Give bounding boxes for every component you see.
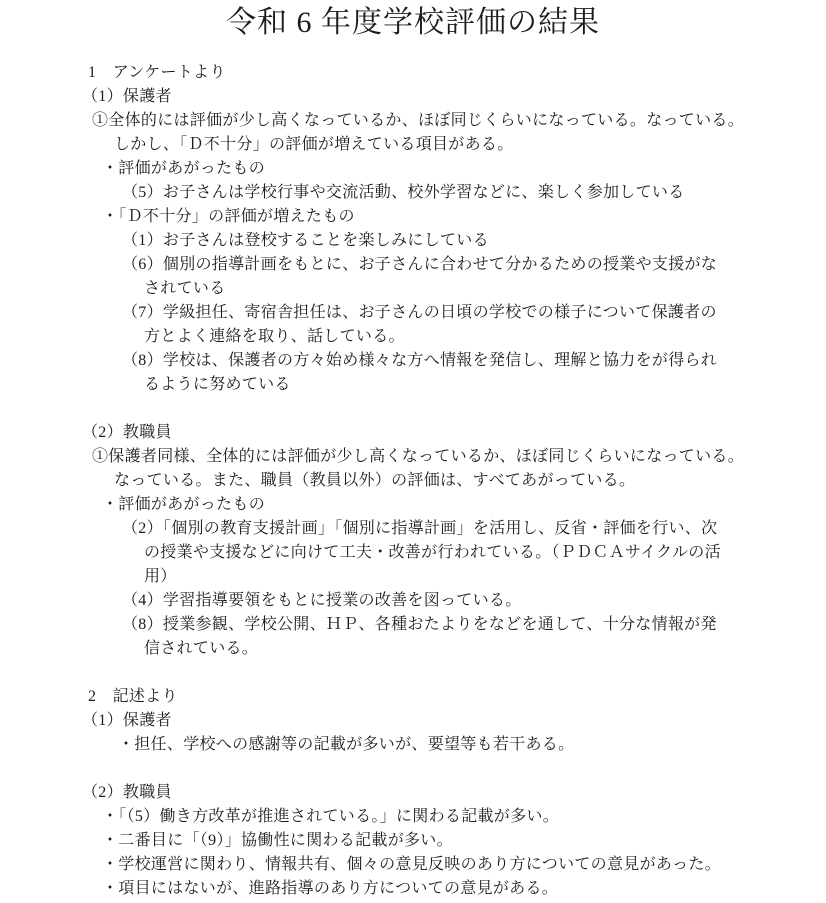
doc-line: ・「（5）働き方改革が推進されている。」に関わる記載が多い。 <box>0 805 826 829</box>
document-body: 1 アンケートより（1）保護者①全体的には評価が少し高くなっているか、ほぼ同じく… <box>0 61 826 901</box>
doc-line: （4）学習指導要領をもとに授業の改善を図っている。 <box>0 589 826 613</box>
doc-line: 方とよく連絡を取り、話している。 <box>0 325 826 349</box>
doc-line: 1 アンケートより <box>0 61 826 85</box>
doc-line: （8）学校は、保護者の方々始め様々な方へ情報を発信し、理解と協力をが得られ <box>0 349 826 373</box>
doc-line: （2）「個別の教育支援計画」「個別に指導計画」を活用し、反省・評価を行い、次 <box>0 517 826 541</box>
doc-line: （1）お子さんは登校することを楽しみにしている <box>0 229 826 253</box>
document-page: 令和 6 年度学校評価の結果 1 アンケートより（1）保護者①全体的には評価が少… <box>0 0 826 903</box>
doc-line: ・二番目に「（9）」協働性に関わる記載が多い。 <box>0 829 826 853</box>
doc-line: （6）個別の指導計画をもとに、お子さんに合わせて分かるための授業や支援がな <box>0 253 826 277</box>
doc-line: るように努めている <box>0 373 826 397</box>
doc-line: しかし、「Ｄ不十分」の評価が増えている項目がある。 <box>0 133 826 157</box>
doc-line: 2 記述より <box>0 685 826 709</box>
doc-line: （2）教職員 <box>0 421 826 445</box>
document-title: 令和 6 年度学校評価の結果 <box>0 3 826 43</box>
doc-line: （7）学級担任、寄宿舎担任は、お子さんの日頃の学校での様子について保護者の <box>0 301 826 325</box>
doc-line: ・「Ｄ不十分」の評価が増えたもの <box>0 205 826 229</box>
doc-line: ・項目にはないが、進路指導のあり方についての意見がある。 <box>0 877 826 901</box>
doc-line: （8）授業参観、学校公開、ＨＰ、各種おたよりをなどを通して、十分な情報が発 <box>0 613 826 637</box>
doc-line: されている <box>0 277 826 301</box>
doc-blank-line <box>0 397 826 421</box>
doc-line: （1）保護者 <box>0 709 826 733</box>
doc-blank-line <box>0 661 826 685</box>
doc-line: ・評価があがったもの <box>0 157 826 181</box>
doc-line: ①全体的には評価が少し高くなっているか、ほぼ同じくらいになっている。なっている。 <box>0 109 826 133</box>
doc-line: の授業や支援などに向けて工夫・改善が行われている。（ＰＤＣＡサイクルの活 <box>0 541 826 565</box>
doc-line: 信されている。 <box>0 637 826 661</box>
doc-line: （5）お子さんは学校行事や交流活動、校外学習などに、楽しく参加している <box>0 181 826 205</box>
doc-line: なっている。また、職員（教員以外）の評価は、すべてあがっている。 <box>0 469 826 493</box>
doc-line: （2）教職員 <box>0 781 826 805</box>
doc-line: ①保護者同様、全体的には評価が少し高くなっているか、ほぼ同じくらいになっている。 <box>0 445 826 469</box>
doc-line: ・評価があがったもの <box>0 493 826 517</box>
doc-line: （1）保護者 <box>0 85 826 109</box>
doc-blank-line <box>0 757 826 781</box>
doc-line: 用） <box>0 565 826 589</box>
doc-line: ・担任、学校への感謝等の記載が多いが、要望等も若干ある。 <box>0 733 826 757</box>
doc-line: ・学校運営に関わり、情報共有、個々の意見反映のあり方についての意見があった。 <box>0 853 826 877</box>
